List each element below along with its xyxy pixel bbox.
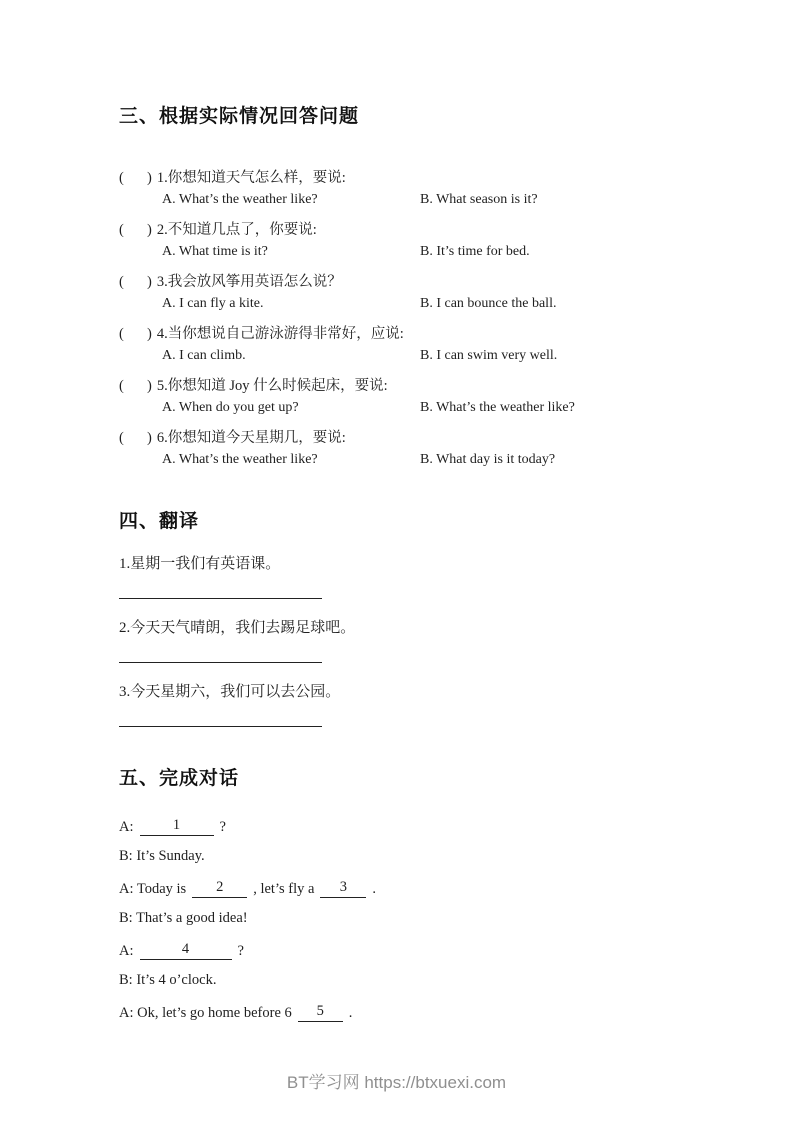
question-line: ()6.你想知道今天星期几，要说: [119, 426, 699, 452]
answer-blank-close: ) [147, 430, 152, 447]
option-a: A. What’s the weather like? [162, 452, 318, 467]
question-5: ()5.你想知道 Joy 什么时候起床，要说: A. When do you g… [119, 374, 699, 426]
answer-line-3 [119, 726, 322, 727]
answer-blank-close: ) [147, 222, 152, 239]
option-b: B. It’s time for bed. [420, 244, 530, 260]
question-line: ()5.你想知道 Joy 什么时候起床，要说: [119, 374, 699, 400]
answer-blank-close: ) [147, 170, 152, 187]
question-2: ()2.不知道几点了，你要说: A. What time is it? B. I… [119, 218, 699, 270]
question-1: ()1.你想知道天气怎么样，要说: A. What’s the weather … [119, 166, 699, 218]
section3-title: 三、根据实际情况回答问题 [119, 101, 699, 128]
section-multiple-choice: 三、根据实际情况回答问题 ()1.你想知道天气怎么样，要说: A. What’s… [119, 101, 699, 478]
answer-blank: ( [119, 274, 147, 291]
section-dialogue: 五、完成对话 A:1? B: It’s Sunday. A: Today is2… [119, 763, 699, 1025]
question-4: ()4.当你想说自己游泳游得非常好，应说: A. I can climb. B.… [119, 322, 699, 374]
answer-blank-close: ) [147, 326, 152, 343]
worksheet-page: 三、根据实际情况回答问题 ()1.你想知道天气怎么样，要说: A. What’s… [0, 0, 793, 1122]
line-end: . [349, 1005, 353, 1021]
dialogue-line-4: B: That’s a good idea! [119, 910, 699, 932]
dialogue-line-6: B: It’s 4 o’clock. [119, 972, 699, 994]
dialogue-text: B: It’s 4 o’clock. [119, 972, 216, 988]
question-6: ()6.你想知道今天星期几，要说: A. What’s the weather … [119, 426, 699, 478]
dialogue-text: B: It’s Sunday. [119, 848, 205, 864]
line-end: ? [220, 819, 226, 835]
question-line: ()2.不知道几点了，你要说: [119, 218, 699, 244]
speaker-text: A: [119, 819, 134, 835]
option-b: B. What’s the weather like? [420, 400, 575, 416]
question-text: 6.你想知道今天星期几，要说: [157, 430, 346, 446]
option-a: A. When do you get up? [162, 400, 299, 415]
options-line: A. I can fly a kite. B. I can bounce the… [119, 296, 699, 322]
question-line: ()1.你想知道天气怎么样，要说: [119, 166, 699, 192]
question-text: 5.你想知道 Joy 什么时候起床，要说: [157, 378, 388, 394]
question-text: 1.你想知道天气怎么样，要说: [157, 170, 346, 186]
dialogue-line-5: A:4? [119, 941, 699, 963]
answer-blank: ( [119, 378, 147, 395]
dialogue-text: B: That’s a good idea! [119, 910, 248, 926]
dialogue-text: A: Ok, let’s go home before 6 [119, 1005, 292, 1021]
answer-blank: ( [119, 326, 147, 343]
answer-blank-close: ) [147, 274, 152, 291]
answer-blank: ( [119, 170, 147, 187]
section5-title: 五、完成对话 [119, 763, 699, 790]
fill-blank-3: 3 [320, 879, 366, 898]
question-list: ()1.你想知道天气怎么样，要说: A. What’s the weather … [119, 166, 699, 478]
answer-line-1 [119, 598, 322, 599]
fill-blank-5: 5 [298, 1003, 343, 1022]
question-text: 4.当你想说自己游泳游得非常好，应说: [157, 326, 404, 342]
dialogue-list: A:1? B: It’s Sunday. A: Today is2, let’s… [119, 817, 699, 1025]
answer-blank: ( [119, 222, 147, 239]
answer-line-2 [119, 662, 322, 663]
site-watermark: BT学习网 https://btxuexi.com [0, 1068, 793, 1093]
line-end: ? [238, 943, 244, 959]
option-b: B. I can swim very well. [420, 348, 557, 364]
translation-sentence-1: 1.星期一我们有英语课。 [119, 553, 699, 575]
dialogue-line-1: A:1? [119, 817, 699, 839]
question-line: ()4.当你想说自己游泳游得非常好，应说: [119, 322, 699, 348]
translation-sentence-2: 2.今天天气晴朗，我们去踢足球吧。 [119, 617, 699, 639]
option-b: B. I can bounce the ball. [420, 296, 556, 312]
options-line: A. I can climb. B. I can swim very well. [119, 348, 699, 374]
fill-blank-4: 4 [140, 941, 232, 960]
option-a: A. What time is it? [162, 244, 268, 259]
dialogue-text: , let’s fly a [253, 881, 314, 897]
answer-blank-close: ) [147, 378, 152, 395]
options-line: A. What’s the weather like? B. What seas… [119, 192, 699, 218]
dialogue-line-7: A: Ok, let’s go home before 65. [119, 1003, 699, 1025]
question-line: ()3.我会放风筝用英语怎么说？ [119, 270, 699, 296]
section-translation: 四、翻译 1.星期一我们有英语课。 2.今天天气晴朗，我们去踢足球吧。 3.今天… [119, 506, 699, 727]
dialogue-line-2: B: It’s Sunday. [119, 848, 699, 870]
question-text: 2.不知道几点了，你要说: [157, 222, 317, 238]
fill-blank-2: 2 [192, 879, 247, 898]
speaker-text: A: [119, 943, 134, 959]
option-a: A. I can fly a kite. [162, 296, 263, 311]
translation-sentence-3: 3.今天星期六，我们可以去公园。 [119, 681, 699, 703]
option-a: A. What’s the weather like? [162, 192, 318, 207]
section4-title: 四、翻译 [119, 506, 699, 533]
answer-blank: ( [119, 430, 147, 447]
options-line: A. What’s the weather like? B. What day … [119, 452, 699, 478]
options-line: A. What time is it? B. It’s time for bed… [119, 244, 699, 270]
fill-blank-1: 1 [140, 817, 214, 836]
option-b: B. What day is it today? [420, 452, 555, 468]
question-text: 3.我会放风筝用英语怎么说？ [157, 274, 342, 290]
options-line: A. When do you get up? B. What’s the wea… [119, 400, 699, 426]
line-end: . [372, 881, 376, 897]
option-b: B. What season is it? [420, 192, 538, 208]
dialogue-text: A: Today is [119, 881, 186, 897]
question-3: ()3.我会放风筝用英语怎么说？ A. I can fly a kite. B.… [119, 270, 699, 322]
option-a: A. I can climb. [162, 348, 246, 363]
dialogue-line-3: A: Today is2, let’s fly a3. [119, 879, 699, 901]
